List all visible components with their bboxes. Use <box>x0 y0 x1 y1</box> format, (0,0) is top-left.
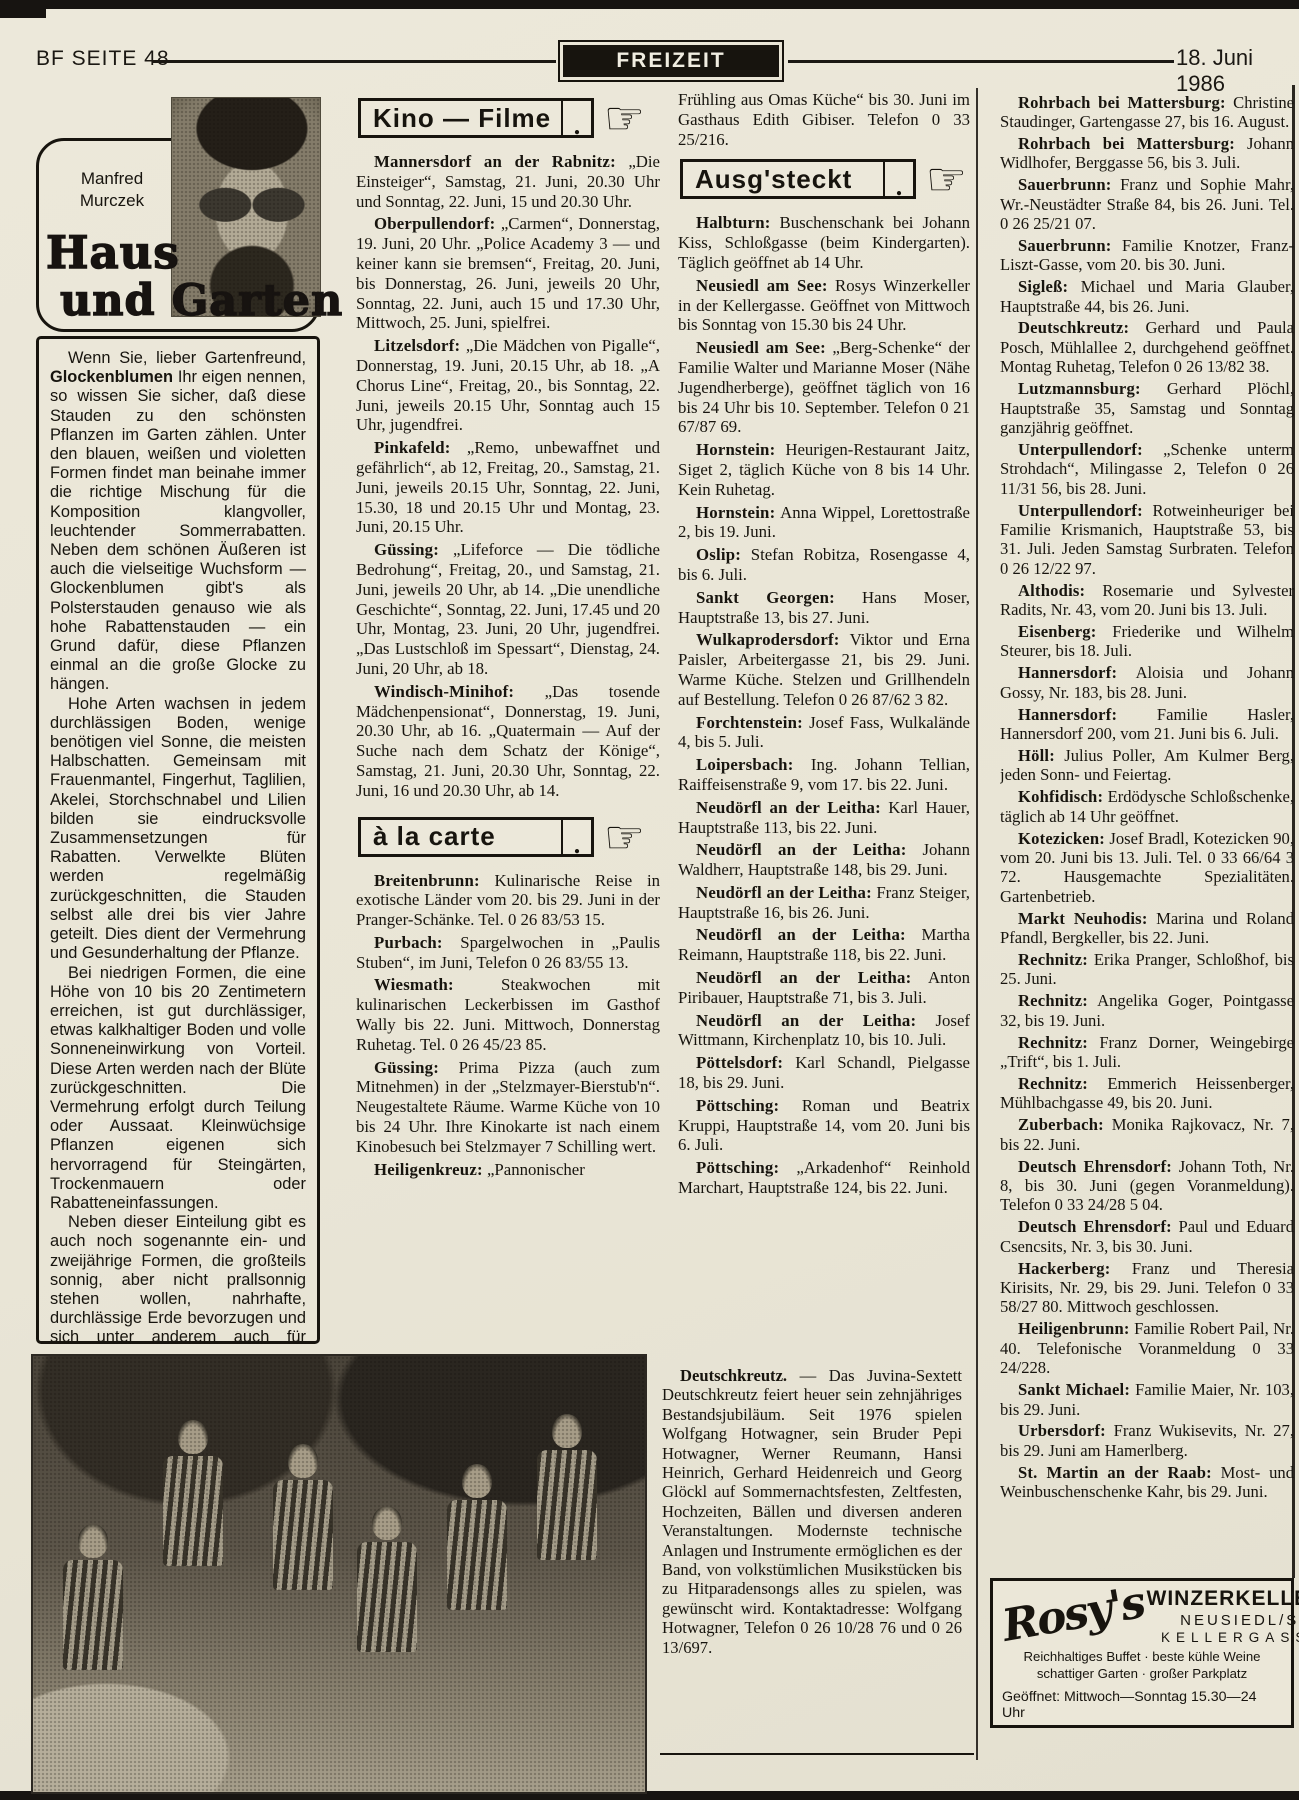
listing-entry: Windisch-Minihof: „Das tosende Mädchenpe… <box>356 682 660 801</box>
listing-entry: Sauerbrunn: Franz und Sophie Mahr, Wr.-N… <box>1000 175 1294 233</box>
ausgsteckt-listings-left: Halbturn: Buschenschank bei Johann Kiss,… <box>678 213 970 1197</box>
listing-place: Althodis: <box>1018 581 1085 600</box>
listing-place: Rechnitz: <box>1018 1033 1088 1052</box>
listing-entry: Forchtenstein: Josef Fass, Wulkalände 4,… <box>678 713 970 753</box>
ad-features: Reichhaltiges Buffet · beste kühle Weine… <box>1002 1648 1282 1682</box>
band-article-bottom-rule <box>660 1753 974 1755</box>
listing-entry: Pinkafeld: „Remo, unbewaffnet und gefähr… <box>356 438 660 537</box>
listing-entry: Hannersdorf: Familie Hasler, Hannersdorf… <box>1000 705 1294 744</box>
ausgsteckt-listings-right: Rohrbach bei Mattersburg: Christine Stau… <box>1000 93 1294 1502</box>
listing-place: Wulkaprodersdorf: <box>696 630 840 649</box>
listing-entry: Höll: Julius Poller, Am Kulmer Berg, jed… <box>1000 746 1294 785</box>
listing-entry: Hornstein: Heurigen-Restaurant Jaitz, Si… <box>678 440 970 499</box>
listing-place: Oberpullendorf: <box>374 214 495 233</box>
listing-entry: Purbach: Spargelwochen in „Paulis Stuben… <box>356 933 660 973</box>
listing-entry: Kohfidisch: Erdödysche Schloßschenke, tä… <box>1000 787 1294 826</box>
box-dot: . <box>561 820 591 854</box>
listing-place: Neusiedl am See: <box>696 338 826 357</box>
listing-place: Hackerberg: <box>1018 1259 1111 1278</box>
ausgsteckt-column-left: Frühling aus Omas Küche“ bis 30. Juni im… <box>678 90 970 1348</box>
listing-entry: Neudörfl an der Leitha: Anton Piribauer,… <box>678 968 970 1008</box>
alacarte-listings: Breitenbrunn: Kulinarische Reise in exot… <box>356 871 660 1180</box>
continuation-text: Frühling aus Omas Küche“ bis 30. Juni im… <box>678 90 970 149</box>
scan-corner-mark <box>0 0 46 18</box>
listing-place: Halbturn: <box>696 213 771 232</box>
listing-entry: Sankt Georgen: Hans Moser, Hauptstraße 1… <box>678 588 970 628</box>
ad-feature-line: Reichhaltiges Buffet · beste kühle Weine <box>1002 1648 1282 1665</box>
listing-entry: Sauerbrunn: Familie Knotzer, Franz-Liszt… <box>1000 236 1294 275</box>
listing-entry: Rohrbach bei Mattersburg: Christine Stau… <box>1000 93 1294 132</box>
listing-entry: Rechnitz: Erika Pranger, Schloßhof, bis … <box>1000 950 1294 989</box>
listing-entry: Oslip: Stefan Robitza, Rosengasse 4, bis… <box>678 545 970 585</box>
ad-header: Rosy's WINZERKELLER NEUSIEDL/SEE KELLERG… <box>1002 1587 1282 1645</box>
listing-place: Rohrbach bei Mattersburg: <box>1018 93 1226 112</box>
listing-place: Sauerbrunn: <box>1018 236 1112 255</box>
listing-entry: Wiesmath: Steakwochen mit kulinarischen … <box>356 975 660 1054</box>
listing-entry: Sigleß: Michael und Maria Glauber, Haupt… <box>1000 277 1294 316</box>
pointing-hand-icon: ☞ <box>604 810 645 864</box>
listing-entry: Neudörfl an der Leitha: Franz Steiger, H… <box>678 883 970 923</box>
listing-place: Unterpullendorf: <box>1018 440 1143 459</box>
listing-place: Rechnitz: <box>1018 991 1088 1010</box>
rosys-logo: Rosy's <box>1000 1583 1147 1647</box>
listing-entry: Güssing: „Lifeforce — Die tödliche Bedro… <box>356 540 660 679</box>
listing-place: Höll: <box>1018 746 1055 765</box>
listing-place: Oslip: <box>696 545 741 564</box>
listing-entry: Urbersdorf: Franz Wukisevits, Nr. 27, bi… <box>1000 1421 1294 1460</box>
listing-place: Hornstein: <box>696 503 775 522</box>
rosys-winzerkeller-ad: Rosy's WINZERKELLER NEUSIEDL/SEE KELLERG… <box>990 1578 1294 1728</box>
listing-place: Pöttsching: <box>696 1158 779 1177</box>
ad-street: KELLERGASSE <box>1147 1630 1299 1645</box>
ausgsteckt-title: Ausg'steckt <box>683 164 852 195</box>
ausgsteckt-column-right: Rohrbach bei Mattersburg: Christine Stau… <box>1000 90 1294 1585</box>
article-paragraph: Hohe Arten wachsen in jedem durchlässige… <box>50 695 306 964</box>
listing-entry: Güssing: Prima Pizza (auch zum Mitnehmen… <box>356 1058 660 1157</box>
kino-title: Kino — Filme <box>361 103 551 134</box>
listing-entry: Rechnitz: Angelika Goger, Pointgasse 32,… <box>1000 991 1294 1030</box>
listing-place: Rechnitz: <box>1018 950 1088 969</box>
listing-entry: Pöttelsdorf: Karl Schandl, Pielgasse 18,… <box>678 1053 970 1093</box>
listing-place: Deutsch Ehrensdorf: <box>1018 1217 1172 1236</box>
band-member-figure <box>61 1524 125 1670</box>
ad-name: WINZERKELLER <box>1147 1587 1299 1611</box>
kino-column: Kino — Filme . ☞ Mannersdorf an der Rabn… <box>356 96 660 1348</box>
listing-entry: Hannersdorf: Aloisia und Johann Gossy, N… <box>1000 663 1294 702</box>
band-member-figure <box>445 1464 509 1610</box>
listing-place: Zuberbach: <box>1018 1115 1104 1134</box>
listing-entry: Markt Neuhodis: Marina und Roland Pfandl… <box>1000 909 1294 948</box>
listing-entry: Mannersdorf an der Rabnitz: „Die Einstei… <box>356 152 660 211</box>
listing-place: Deutschkreutz: <box>1018 318 1129 337</box>
column-title-line1: Haus <box>46 226 180 279</box>
listing-entry: Sankt Michael: Familie Maier, Nr. 103, b… <box>1000 1380 1294 1419</box>
listing-entry: Pöttsching: Roman und Beatrix Kruppi, Ha… <box>678 1096 970 1155</box>
listing-entry: Unterpullendorf: Rotweinheuriger bei Fam… <box>1000 501 1294 579</box>
listing-place: Eisenberg: <box>1018 622 1097 641</box>
listing-place: Pinkafeld: <box>374 438 451 457</box>
ad-location: NEUSIEDL/SEE <box>1147 1612 1299 1629</box>
band-photo <box>33 1356 645 1792</box>
listing-place: Neusiedl am See: <box>696 276 828 295</box>
listing-place: Pöttsching: <box>696 1096 779 1115</box>
box-dot: . <box>561 101 591 135</box>
article-paragraph: Neben dieser Einteilung gibt es auch noc… <box>50 1213 306 1344</box>
listing-place: Hornstein: <box>696 440 775 459</box>
listing-place: Heiligenbrunn: <box>1018 1319 1130 1338</box>
listing-place: Lutzmannsburg: <box>1018 379 1141 398</box>
listing-place: Hannersdorf: <box>1018 705 1117 724</box>
listing-place: Neudörfl an der Leitha: <box>696 968 911 987</box>
haus-garten-article: Wenn Sie, lieber Gartenfreund, Glockenbl… <box>36 336 320 1344</box>
listing-entry: Unterpullendorf: „Schenke unterm Strohda… <box>1000 440 1294 498</box>
listing-place: Sigleß: <box>1018 277 1068 296</box>
listing-place: Wiesmath: <box>374 975 454 994</box>
band-member-figure <box>535 1414 599 1560</box>
listing-entry: Neusiedl am See: Rosys Winzerkeller in d… <box>678 276 970 335</box>
listing-entry: Eisenberg: Friederike und Wilhelm Steure… <box>1000 622 1294 661</box>
freizeit-banner: FREIZEIT <box>558 40 784 82</box>
listing-entry: Wulkaprodersdorf: Viktor und Erna Paisle… <box>678 630 970 709</box>
listing-place: Neudörfl an der Leitha: <box>696 883 872 902</box>
ad-titles: WINZERKELLER NEUSIEDL/SEE KELLERGASSE <box>1147 1587 1299 1645</box>
listing-text: „Lifeforce — Die tödliche Bedrohung“, Fr… <box>356 540 660 678</box>
listing-entry: Kotezicken: Josef Bradl, Kotezicken 90, … <box>1000 829 1294 907</box>
listing-place: Urbersdorf: <box>1018 1421 1106 1440</box>
article-paragraph: Bei niedrigen Formen, die eine Höhe von … <box>50 964 306 1214</box>
listing-entry: Neudörfl an der Leitha: Karl Hauer, Haup… <box>678 798 970 838</box>
scan-edge-top <box>0 0 1299 9</box>
author-name: Manfred Murczek <box>58 168 166 212</box>
listing-entry: Loipersbach: Ing. Johann Tellian, Raiffe… <box>678 755 970 795</box>
listing-place: Rechnitz: <box>1018 1074 1088 1093</box>
listing-entry: Neudörfl an der Leitha: Josef Wittmann, … <box>678 1011 970 1051</box>
band-member-figure <box>355 1506 419 1652</box>
kino-header-box: Kino — Filme . ☞ <box>358 98 594 138</box>
newspaper-page: BF SEITE 48 FREIZEIT 18. Juni 1986 Manfr… <box>0 0 1299 1800</box>
listing-place: Pöttelsdorf: <box>696 1053 783 1072</box>
listing-entry: Neudörfl an der Leitha: Martha Reimann, … <box>678 925 970 965</box>
listing-entry: Rechnitz: Franz Dorner, Weingebirge „Tri… <box>1000 1033 1294 1072</box>
kino-listings: Mannersdorf an der Rabnitz: „Die Einstei… <box>356 152 660 801</box>
listing-entry: Pöttsching: „Arkadenhof“ Reinhold Marcha… <box>678 1158 970 1198</box>
listing-entry: Hornstein: Anna Wippel, Lorettostraße 2,… <box>678 503 970 543</box>
listing-place: Rohrbach bei Mattersburg: <box>1018 134 1235 153</box>
listing-entry: Deutschkreutz: Gerhard und Paula Posch, … <box>1000 318 1294 376</box>
listing-place: Litzelsdorf: <box>374 336 460 355</box>
listing-place: Loipersbach: <box>696 755 794 774</box>
box-dot: . <box>883 162 913 196</box>
column-title-line2: und Garten <box>60 276 343 326</box>
listing-entry: Litzelsdorf: „Die Mädchen von Pigalle“, … <box>356 336 660 435</box>
listing-place: Windisch-Minihof: <box>374 682 514 701</box>
listing-place: Neudörfl an der Leitha: <box>696 925 906 944</box>
listing-place: Hannersdorf: <box>1018 663 1117 682</box>
listing-entry: Althodis: Rosemarie und Sylvester Radits… <box>1000 581 1294 620</box>
listing-entry: Hackerberg: Franz und Theresia Kirisits,… <box>1000 1259 1294 1317</box>
pointing-hand-icon: ☞ <box>926 152 967 206</box>
listing-entry: Neudörfl an der Leitha: Johann Waldherr,… <box>678 840 970 880</box>
band-member-figure <box>161 1420 225 1566</box>
listing-entry: Heiligenkreuz: „Pannonischer <box>356 1160 660 1180</box>
listing-place: Deutsch Ehrensdorf: <box>1018 1157 1172 1176</box>
listing-place: Kohfidisch: <box>1018 787 1103 806</box>
listing-place: Breitenbrunn: <box>374 871 480 890</box>
listing-place: Heiligenkreuz: <box>374 1160 483 1179</box>
listing-entry: Rohrbach bei Mattersburg: Johann Widlhof… <box>1000 134 1294 173</box>
band-member-figure <box>271 1444 335 1590</box>
column-divider <box>976 88 978 1760</box>
header-rule-right <box>788 60 1174 63</box>
listing-place: Neudörfl an der Leitha: <box>696 798 881 817</box>
listing-place: Sankt Georgen: <box>696 588 835 607</box>
band-article-lead: Deutschkreutz. <box>680 1366 787 1385</box>
listing-entry: Oberpullendorf: „Carmen“, Donnerstag, 19… <box>356 214 660 333</box>
page-number: BF SEITE 48 <box>36 47 170 71</box>
listing-entry: Deutsch Ehrensdorf: Johann Toth, Nr. 8, … <box>1000 1157 1294 1215</box>
pointing-hand-icon: ☞ <box>604 96 645 145</box>
listing-entry: Lutzmannsburg: Gerhard Plöchl, Hauptstra… <box>1000 379 1294 437</box>
listing-entry: Rechnitz: Emmerich Heissenberger, Mühlba… <box>1000 1074 1294 1113</box>
section-title: FREIZEIT <box>563 45 779 77</box>
article-paragraph: Wenn Sie, lieber Gartenfreund, Glockenbl… <box>50 349 306 695</box>
listing-entry: Breitenbrunn: Kulinarische Reise in exot… <box>356 871 660 930</box>
listing-entry: Zuberbach: Monika Rajkovacz, Nr. 7, bis … <box>1000 1115 1294 1154</box>
listing-entry: Heiligenbrunn: Familie Robert Pail, Nr. … <box>1000 1319 1294 1377</box>
listing-place: Forchtenstein: <box>696 713 803 732</box>
listing-place: Unterpullendorf: <box>1018 501 1143 520</box>
listing-place: Mannersdorf an der Rabnitz: <box>374 152 616 171</box>
listing-place: Güssing: <box>374 1058 439 1077</box>
listing-place: Markt Neuhodis: <box>1018 909 1148 928</box>
listing-entry: Halbturn: Buschenschank bei Johann Kiss,… <box>678 213 970 272</box>
listing-entry: St. Martin an der Raab: Most- und Weinbu… <box>1000 1463 1294 1502</box>
alacarte-header-box: à la carte . ☞ <box>358 817 594 857</box>
band-article-paragraph: Deutschkreutz. — Das Juvina-Sextett Deut… <box>662 1366 962 1657</box>
listing-entry: Deutsch Ehrensdorf: Paul und Eduard Csen… <box>1000 1217 1294 1256</box>
listing-place: Sauerbrunn: <box>1018 175 1112 194</box>
listing-text: „Pannonischer <box>487 1160 585 1179</box>
band-article: Deutschkreutz. — Das Juvina-Sextett Deut… <box>662 1366 962 1748</box>
listing-place: Neudörfl an der Leitha: <box>696 1011 916 1030</box>
listing-entry: Neusiedl am See: „Berg-Schenke“ der Fami… <box>678 338 970 437</box>
ausgsteckt-header-box: Ausg'steckt . ☞ <box>680 159 916 199</box>
ad-feature-line: schattiger Garten · großer Parkplatz <box>1002 1665 1282 1682</box>
listing-place: Sankt Michael: <box>1018 1380 1130 1399</box>
ad-opening-hours: Geöffnet: Mittwoch—Sonntag 15.30—24 Uhr <box>1002 1689 1282 1721</box>
alacarte-title: à la carte <box>361 821 496 852</box>
listing-place: St. Martin an der Raab: <box>1018 1463 1212 1482</box>
header-rule-left <box>152 60 556 63</box>
listing-place: Purbach: <box>374 933 443 952</box>
listing-place: Güssing: <box>374 540 439 559</box>
scan-edge-bottom <box>0 1791 1299 1800</box>
listing-place: Kotezicken: <box>1018 829 1105 848</box>
listing-place: Neudörfl an der Leitha: <box>696 840 907 859</box>
